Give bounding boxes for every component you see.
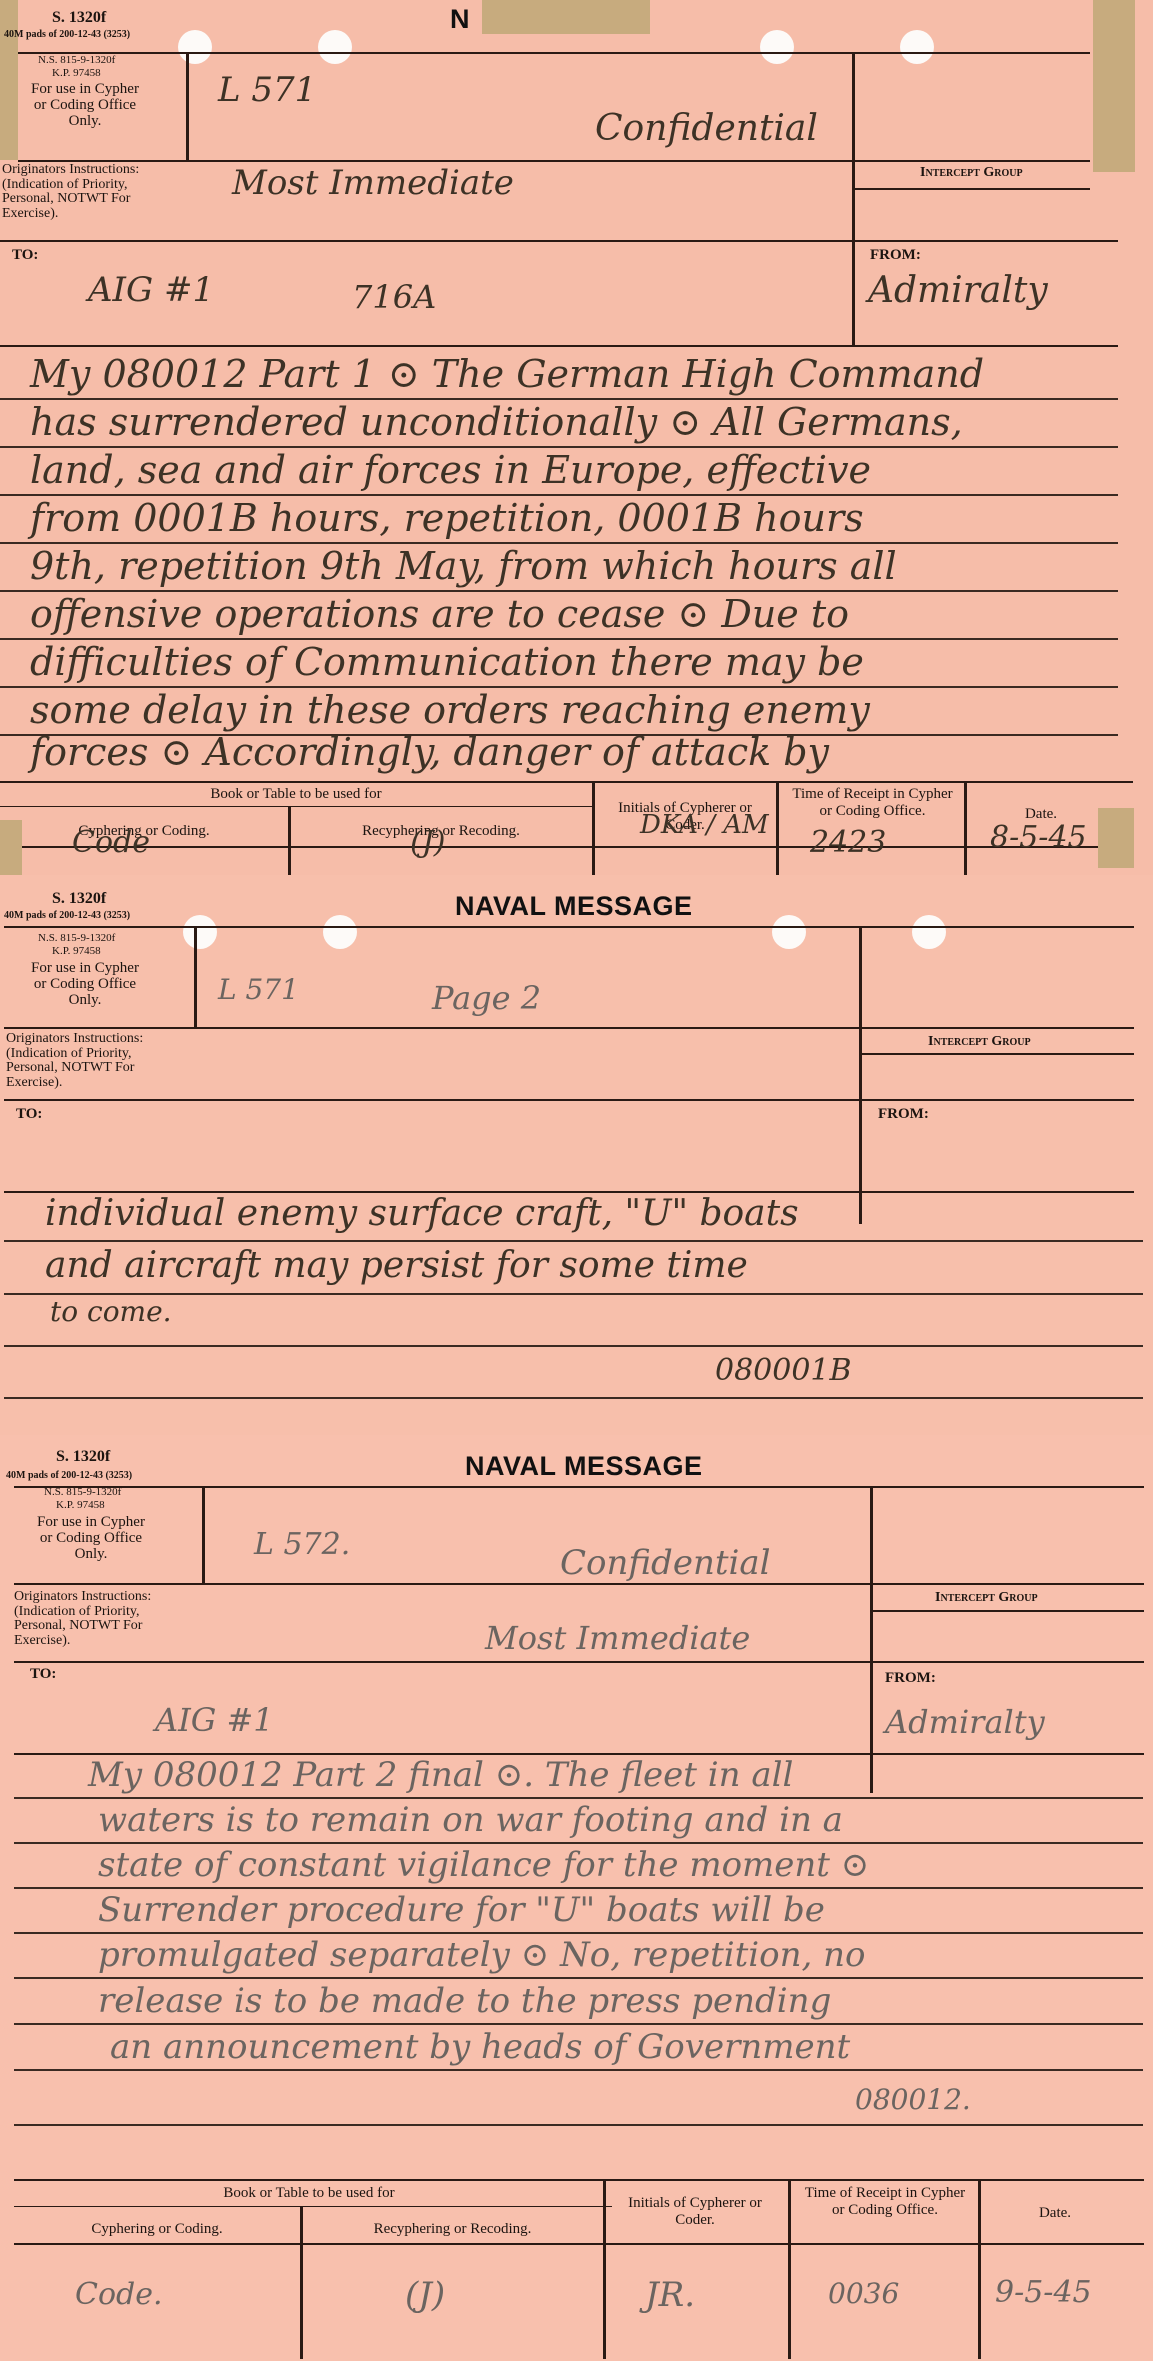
to-value: AIG #1	[155, 1701, 274, 1739]
message-sheet-1: S. 1320f 40M pads of 200-12-43 (3253) N.…	[0, 0, 1153, 875]
initials-value: DKA / AM	[640, 810, 769, 840]
time-receipt-value: 0036	[828, 2277, 899, 2310]
form-title: N	[450, 4, 470, 35]
time-group: 080001B	[715, 1353, 852, 1388]
from-label: FROM:	[878, 1107, 929, 1123]
punch-hole	[318, 30, 352, 64]
initials-value: JR.	[645, 2275, 695, 2315]
classification: Confidential	[560, 1543, 771, 1583]
header-recyphering: Recyphering or Recoding.	[302, 2221, 603, 2238]
priority: Most Immediate	[485, 1619, 750, 1657]
body-line: and aircraft may persist for some time	[45, 1245, 748, 1286]
punch-hole	[183, 915, 217, 949]
form-number: S. 1320f	[56, 1449, 110, 1466]
originator-label: Originators Instructions: (Indication of…	[14, 1590, 189, 1649]
body-line: forces ⊙ Accordingly, danger of attack b…	[30, 730, 829, 774]
time-receipt-value: 2423	[810, 825, 886, 860]
from-label: FROM:	[870, 248, 921, 264]
intercept-group-label: Intercept Group	[928, 1035, 1031, 1050]
body-line: has surrendered unconditionally ⊙ All Ge…	[30, 400, 963, 444]
body-line: individual enemy surface craft, "U" boat…	[45, 1193, 799, 1234]
kp-number: K.P. 97458	[52, 946, 101, 958]
punch-hole	[323, 915, 357, 949]
body-line: difficulties of Communication there may …	[30, 640, 864, 684]
page-number: Page 2	[432, 979, 541, 1017]
intercept-group-label: Intercept Group	[935, 1591, 1038, 1606]
office-use-label: For use in Cypher or Coding Office Only.	[36, 1515, 146, 1562]
date-value: 8-5-45	[990, 820, 1087, 855]
body-line: My 080012 Part 2 final ⊙. The fleet in a…	[88, 1755, 793, 1795]
body-line: waters is to remain on war footing and i…	[98, 1800, 843, 1840]
header-book-table: Book or Table to be used for	[0, 786, 592, 803]
body-line: release is to be made to the press pendi…	[98, 1981, 831, 2021]
kp-number: K.P. 97458	[52, 68, 101, 80]
punch-hole	[772, 915, 806, 949]
print-code: 40M pads of 200-12-43 (3253)	[4, 30, 130, 41]
office-number: L 571	[218, 973, 299, 1006]
print-code: 40M pads of 200-12-43 (3253)	[4, 911, 130, 922]
cyphering-value: Code.	[75, 2277, 163, 2312]
tape-left	[0, 0, 18, 160]
kp-number: K.P. 97458	[56, 1500, 105, 1512]
to-label: TO:	[12, 248, 38, 264]
punch-hole	[178, 30, 212, 64]
form-number: S. 1320f	[52, 10, 106, 27]
body-line: land, sea and air forces in Europe, effe…	[30, 448, 871, 492]
body-line: to come.	[50, 1295, 172, 1328]
office-number: L 571	[218, 70, 316, 110]
body-line: promulgated separately ⊙ No, repetition,…	[98, 1935, 866, 1975]
office-use-label: For use in Cypher or Coding Office Only.	[30, 82, 140, 129]
time-group: 080012.	[855, 2083, 971, 2116]
from-label: FROM:	[885, 1671, 936, 1687]
header-date: Date.	[980, 2205, 1130, 2222]
intercept-group-label: Intercept Group	[920, 166, 1023, 181]
recyphering-value: (J)	[410, 825, 445, 860]
ns-number: N.S. 815-9-1320f	[44, 1487, 121, 1499]
tape-top	[482, 0, 650, 34]
classification: Confidential	[595, 108, 818, 149]
punch-hole	[912, 915, 946, 949]
body-line: Surrender procedure for "U" boats will b…	[98, 1890, 825, 1930]
form-number: S. 1320f	[52, 891, 106, 908]
form-title: NAVAL MESSAGE	[465, 1451, 703, 1482]
message-sheet-2: S. 1320f 40M pads of 200-12-43 (3253) N.…	[0, 875, 1153, 1435]
to-label: TO:	[30, 1667, 56, 1683]
header-cyphering: Cyphering or Coding.	[14, 2221, 300, 2238]
office-use-label: For use in Cypher or Coding Office Only.	[30, 961, 140, 1008]
tape-right	[1093, 0, 1135, 172]
to-label: TO:	[16, 1107, 42, 1123]
tape-bottom-left	[0, 820, 22, 875]
priority: Most Immediate	[232, 163, 514, 203]
punch-hole	[760, 30, 794, 64]
body-line: some delay in these orders reaching enem…	[30, 688, 870, 732]
originator-label: Originators Instructions: (Indication of…	[6, 1032, 181, 1091]
header-time-receipt: Time of Receipt in Cypher or Coding Offi…	[800, 2185, 970, 2219]
tape-bottom-right	[1098, 808, 1134, 868]
body-line: My 080012 Part 1 ⊙ The German High Comma…	[30, 352, 984, 396]
body-line: an announcement by heads of Government	[110, 2027, 850, 2067]
header-time-receipt: Time of Receipt in Cypher or Coding Offi…	[790, 786, 955, 820]
print-code: 40M pads of 200-12-43 (3253)	[6, 1471, 132, 1482]
header-book-table: Book or Table to be used for	[14, 2185, 604, 2202]
from-value: Admiralty	[885, 1703, 1045, 1741]
body-line: state of constant vigilance for the mome…	[98, 1845, 869, 1885]
body-line: from 0001B hours, repetition, 0001B hour…	[30, 496, 864, 540]
header-initials: Initials of Cypherer or Coder.	[620, 2195, 770, 2229]
message-sheet-3: S. 1320f 40M pads of 200-12-43 (3253) N.…	[0, 1435, 1153, 2361]
to-value: AIG #1	[88, 270, 214, 310]
form-title: NAVAL MESSAGE	[455, 891, 693, 922]
recyphering-value: (J)	[405, 2275, 445, 2315]
ns-number: N.S. 815-9-1320f	[38, 55, 115, 67]
from-value: Admiralty	[868, 270, 1048, 311]
cyphering-value: Code	[72, 825, 150, 860]
body-line: offensive operations are to cease ⊙ Due …	[30, 592, 849, 636]
originator-label: Originators Instructions: (Indication of…	[2, 163, 177, 222]
punch-hole	[900, 30, 934, 64]
ns-number: N.S. 815-9-1320f	[38, 933, 115, 945]
office-number: L 572.	[254, 1527, 350, 1562]
to-extra: 716A	[352, 278, 436, 316]
date-value: 9-5-45	[995, 2275, 1092, 2310]
body-line: 9th, repetition 9th May, from which hour…	[30, 544, 897, 588]
